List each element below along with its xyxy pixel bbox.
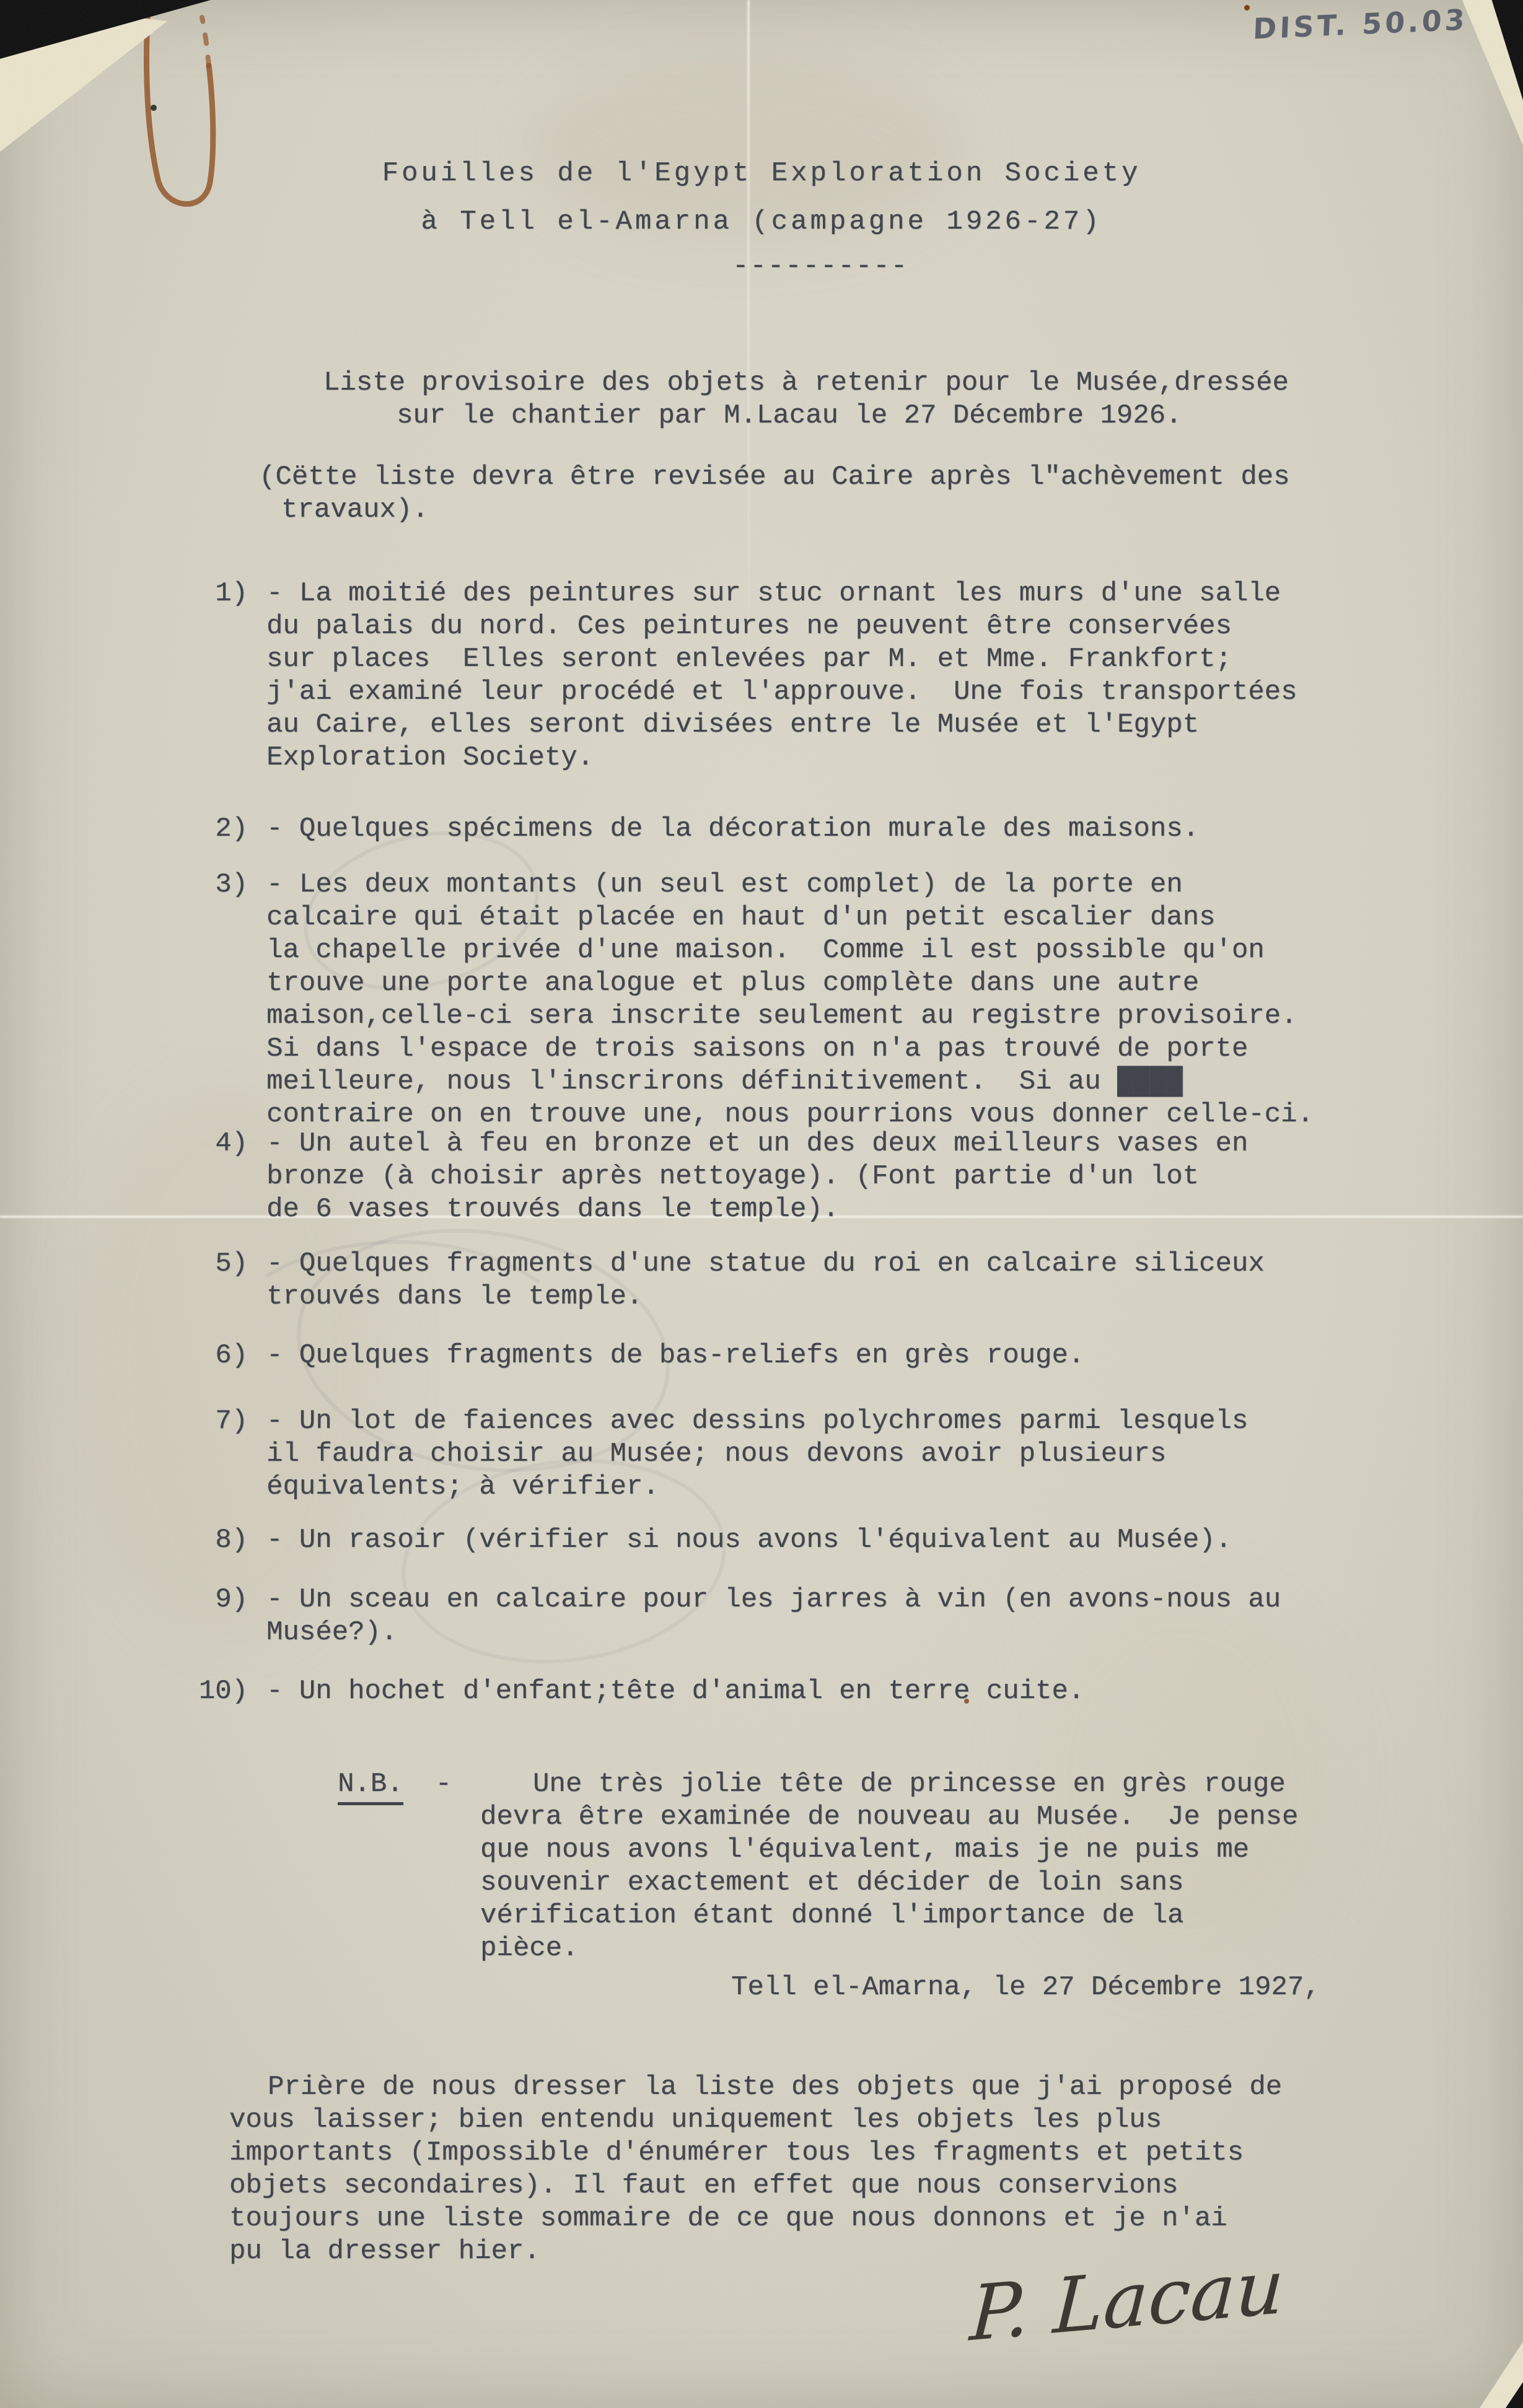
text-line: Prière de nous dresser la liste des obje…	[229, 2071, 1282, 2104]
item-number: 10)	[186, 1675, 248, 1708]
item-row: 4)- Un autel à feu en bronze et un des d…	[186, 1127, 1248, 1226]
text-line: - Un autel à feu en bronze et un des deu…	[266, 1127, 1248, 1160]
text-line: - La moitié des peintures sur stuc ornan…	[266, 577, 1297, 610]
item-text: - Quelques spécimens de la décoration mu…	[266, 813, 1199, 846]
text-line: - Quelques fragments de bas-reliefs en g…	[266, 1339, 1084, 1372]
item-row: 7)- Un lot de faiences avec dessins poly…	[186, 1405, 1248, 1504]
nb-section: N.B. - Une très jolie tête de princesse …	[338, 1768, 1298, 1965]
text-line: il faudra choisir au Musée; nous devons …	[266, 1438, 1248, 1471]
item-text: - Un lot de faiences avec dessins polych…	[266, 1405, 1248, 1504]
closing-paragraph: Prière de nous dresser la liste des obje…	[229, 2071, 1282, 2268]
item-number: 4)	[186, 1127, 248, 1226]
paperclip-stain	[112, 0, 254, 225]
text-line: pièce.	[480, 1932, 1298, 1965]
text-line: Musée?).	[266, 1616, 1281, 1649]
text-line: de 6 vases trouvés dans le temple).	[266, 1193, 1248, 1226]
item-number: 3)	[186, 869, 248, 1131]
text-line: calcaire qui était placée en haut d'un p…	[266, 901, 1314, 934]
text-line: objets secondaires). Il faut en effet qu…	[229, 2169, 1282, 2202]
text-line: au Caire, elles seront divisées entre le…	[266, 709, 1297, 742]
text-line: - Les deux montants (un seul est complet…	[266, 869, 1314, 901]
item-row: 8)- Un rasoir (vérifier si nous avons l'…	[186, 1524, 1232, 1557]
text-line: travaux).	[281, 494, 1289, 527]
text-line: équivalents; à vérifier.	[266, 1471, 1248, 1504]
text-line: du palais du nord. Ces peintures ne peuv…	[266, 610, 1297, 643]
text-line: toujours une liste sommaire de ce que no…	[229, 2202, 1282, 2235]
nb-dash: -	[436, 1768, 452, 1965]
item-row: 1)- La moitié des peintures sur stuc orn…	[186, 577, 1297, 774]
item-number: 7)	[186, 1405, 248, 1504]
item-number: 9)	[186, 1583, 248, 1649]
text-line: Si dans l'espace de trois saisons on n'a…	[266, 1033, 1314, 1066]
nb-label: N.B.	[338, 1768, 403, 1805]
text-line: - Un lot de faiences avec dessins polych…	[266, 1405, 1248, 1438]
item-text: - Les deux montants (un seul est complet…	[266, 869, 1314, 1131]
item-row: 3)- Les deux montants (un seul est compl…	[186, 869, 1314, 1131]
text-line: maison,celle-ci sera inscrite seulement …	[266, 1000, 1314, 1033]
item-number: 2)	[186, 813, 248, 846]
item-row: 10)- Un hochet d'enfant;tête d'animal en…	[186, 1675, 1084, 1708]
text-line: contraire on en trouve une, nous pourrio…	[266, 1098, 1314, 1131]
text-line: trouve une porte analogue et plus complè…	[266, 967, 1314, 1000]
item-text: - Un hochet d'enfant;tête d'animal en te…	[266, 1675, 1084, 1708]
text-line: Exploration Society.	[266, 742, 1297, 774]
document-title-line-1: Fouilles de l'Egypt Exploration Society	[0, 157, 1523, 190]
nb-text: Une très jolie tête de princesse en grès…	[480, 1768, 1298, 1965]
text-line: - Quelques fragments d'une statue du roi…	[266, 1248, 1265, 1281]
rust-speck	[1244, 5, 1250, 11]
text-line: (Cëtte liste devra être revisée au Caire…	[259, 461, 1289, 494]
text-line: devra être examinée de nouveau au Musée.…	[480, 1801, 1298, 1834]
item-text: - Un sceau en calcaire pour les jarres à…	[266, 1583, 1281, 1649]
item-number: 5)	[186, 1248, 248, 1313]
item-text: - Un autel à feu en bronze et un des deu…	[266, 1127, 1248, 1226]
text-line: - Quelques spécimens de la décoration mu…	[266, 813, 1199, 846]
item-number: 8)	[186, 1524, 248, 1557]
text-line: souvenir exactement et décider de loin s…	[480, 1867, 1298, 1899]
text-line: importants (Impossible d'énumérer tous l…	[229, 2137, 1282, 2169]
item-text: - Quelques fragments d'une statue du roi…	[266, 1248, 1265, 1313]
text-line: - Un hochet d'enfant;tête d'animal en te…	[266, 1675, 1084, 1708]
text-line: bronze (à choisir après nettoyage). (Fon…	[266, 1160, 1248, 1193]
text-line: Liste provisoire des objets à retenir po…	[323, 367, 1289, 400]
text-line: - Un sceau en calcaire pour les jarres à…	[266, 1583, 1281, 1616]
item-text: - Un rasoir (vérifier si nous avons l'éq…	[266, 1524, 1232, 1557]
item-row: 2)- Quelques spécimens de la décoration …	[186, 813, 1199, 846]
item-row: 6)- Quelques fragments de bas-reliefs en…	[186, 1339, 1084, 1372]
title-separator: ----------	[59, 250, 1523, 283]
item-row: 5)- Quelques fragments d'une statue du r…	[186, 1248, 1265, 1313]
item-number: 1)	[186, 577, 248, 774]
document-page: DIST. 50.03 Fouilles de l'Egypt Explorat…	[0, 0, 1523, 2408]
text-line: vérification étant donné l'importance de…	[480, 1899, 1298, 1932]
text-line: meilleure, nous l'inscrirons définitivem…	[266, 1066, 1314, 1098]
item-text: - La moitié des peintures sur stuc ornan…	[266, 577, 1297, 774]
item-text: - Quelques fragments de bas-reliefs en g…	[266, 1339, 1084, 1372]
text-line: que nous avons l'équivalent, mais je ne …	[480, 1834, 1298, 1867]
intro-paragraph: Liste provisoire des objets à retenir po…	[323, 367, 1289, 432]
item-number: 6)	[186, 1339, 248, 1372]
document-title-line-2: à Tell el-Amarna (campagne 1926-27)	[0, 206, 1523, 239]
text-line: la chapelle privée d'une maison. Comme i…	[266, 934, 1314, 967]
text-line: sur places Elles seront enlevées par M. …	[266, 643, 1297, 676]
text-line: sur le chantier par M.Lacau le 27 Décemb…	[397, 400, 1289, 432]
text-line: vous laisser; bien entendu uniquement le…	[229, 2104, 1282, 2137]
text-line: j'ai examiné leur procédé et l'approuve.…	[266, 676, 1297, 709]
item-row: 9)- Un sceau en calcaire pour les jarres…	[186, 1583, 1281, 1649]
text-line: - Un rasoir (vérifier si nous avons l'éq…	[266, 1524, 1232, 1557]
text-line: trouvés dans le temple.	[266, 1281, 1265, 1313]
date-line: Tell el-Amarna, le 27 Décembre 1927,	[731, 1971, 1320, 2004]
text-line: Une très jolie tête de princesse en grès…	[480, 1768, 1298, 1801]
revision-note: (Cëtte liste devra être revisée au Caire…	[259, 461, 1289, 527]
